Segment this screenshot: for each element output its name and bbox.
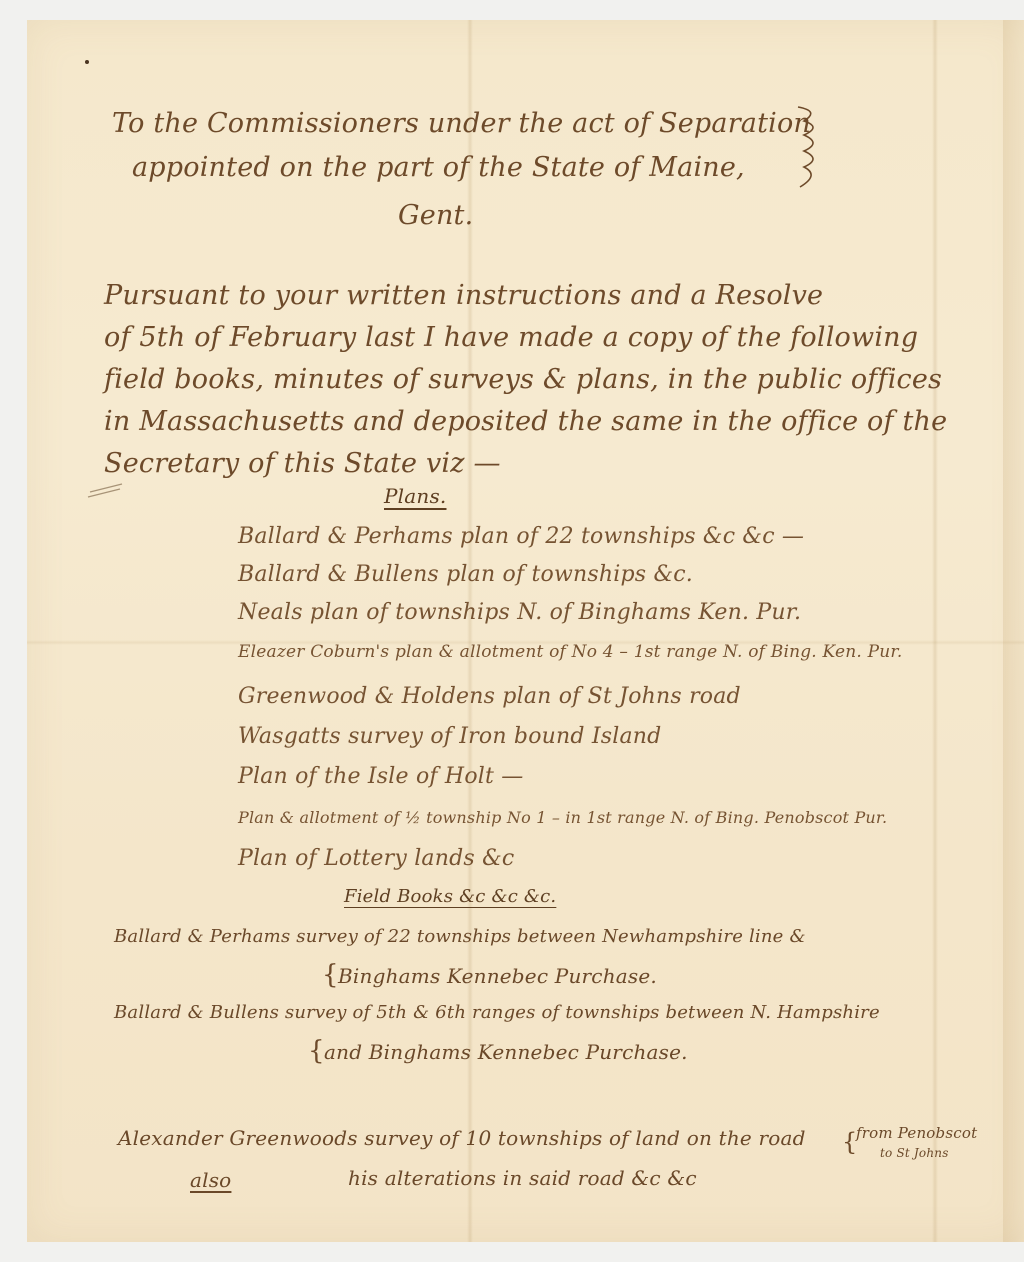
plan-item: Plan of the Isle of Holt — [238, 764, 523, 789]
field-book-item-2-line-1: Ballard & Bullens survey of 5th & 6th ra… [114, 1002, 880, 1023]
plan-item: Greenwood & Holdens plan of St Johns roa… [238, 684, 741, 709]
field-book-item-3-line-1: Alexander Greenwoods survey of 10 townsh… [118, 1126, 806, 1150]
body-line-4: in Massachusetts and deposited the same … [104, 406, 947, 437]
paper-right-edge [1003, 20, 1024, 1242]
brace-icon: { [322, 960, 339, 990]
body-line-3: field books, minutes of surveys & plans,… [104, 364, 942, 395]
salutation-gent: Gent. [398, 200, 473, 231]
body-line-5: Secretary of this State viz — [104, 448, 501, 479]
brace-note-bottom: to St Johns [880, 1146, 949, 1160]
margin-double-stroke-icon [86, 480, 146, 500]
brace-note-top: from Penobscot [856, 1124, 977, 1142]
flourish-brace-icon [790, 103, 830, 193]
plan-item: Eleazer Coburn's plan & allotment of No … [238, 642, 902, 662]
plan-item: Ballard & Perhams plan of 22 townships &… [238, 524, 804, 549]
field-book-item-3-line-2: his alterations in said road &c &c [348, 1166, 697, 1190]
plan-item: Neals plan of townships N. of Binghams K… [238, 600, 801, 625]
plan-item: Plan of Lottery lands &c [238, 846, 514, 871]
brace-icon: { [842, 1128, 857, 1156]
field-book-item-1-line-2: Binghams Kennebec Purchase. [338, 964, 657, 988]
plan-item: Ballard & Bullens plan of townships &c. [238, 562, 693, 587]
field-book-item-1-line-1: Ballard & Perhams survey of 22 townships… [114, 926, 806, 947]
plans-heading: Plans. [384, 484, 446, 508]
field-book-item-2-line-2: and Binghams Kennebec Purchase. [324, 1040, 688, 1064]
document-scan: To the Commissioners under the act of Se… [0, 0, 1024, 1262]
salutation-line-2: appointed on the part of the State of Ma… [132, 152, 745, 183]
salutation-line-1: To the Commissioners under the act of Se… [112, 108, 811, 139]
body-line-1: Pursuant to your written instructions an… [104, 280, 823, 311]
plan-item: Wasgatts survey of Iron bound Island [238, 724, 661, 749]
margin-also: also [190, 1168, 231, 1192]
vertical-fold-line-right [932, 20, 938, 1242]
field-books-heading: Field Books &c &c &c. [344, 886, 556, 907]
body-line-2: of 5th of February last I have made a co… [104, 322, 918, 353]
ink-spot [85, 60, 89, 64]
brace-icon: { [308, 1036, 325, 1066]
plan-item: Plan & allotment of ½ township No 1 – in… [238, 808, 887, 827]
